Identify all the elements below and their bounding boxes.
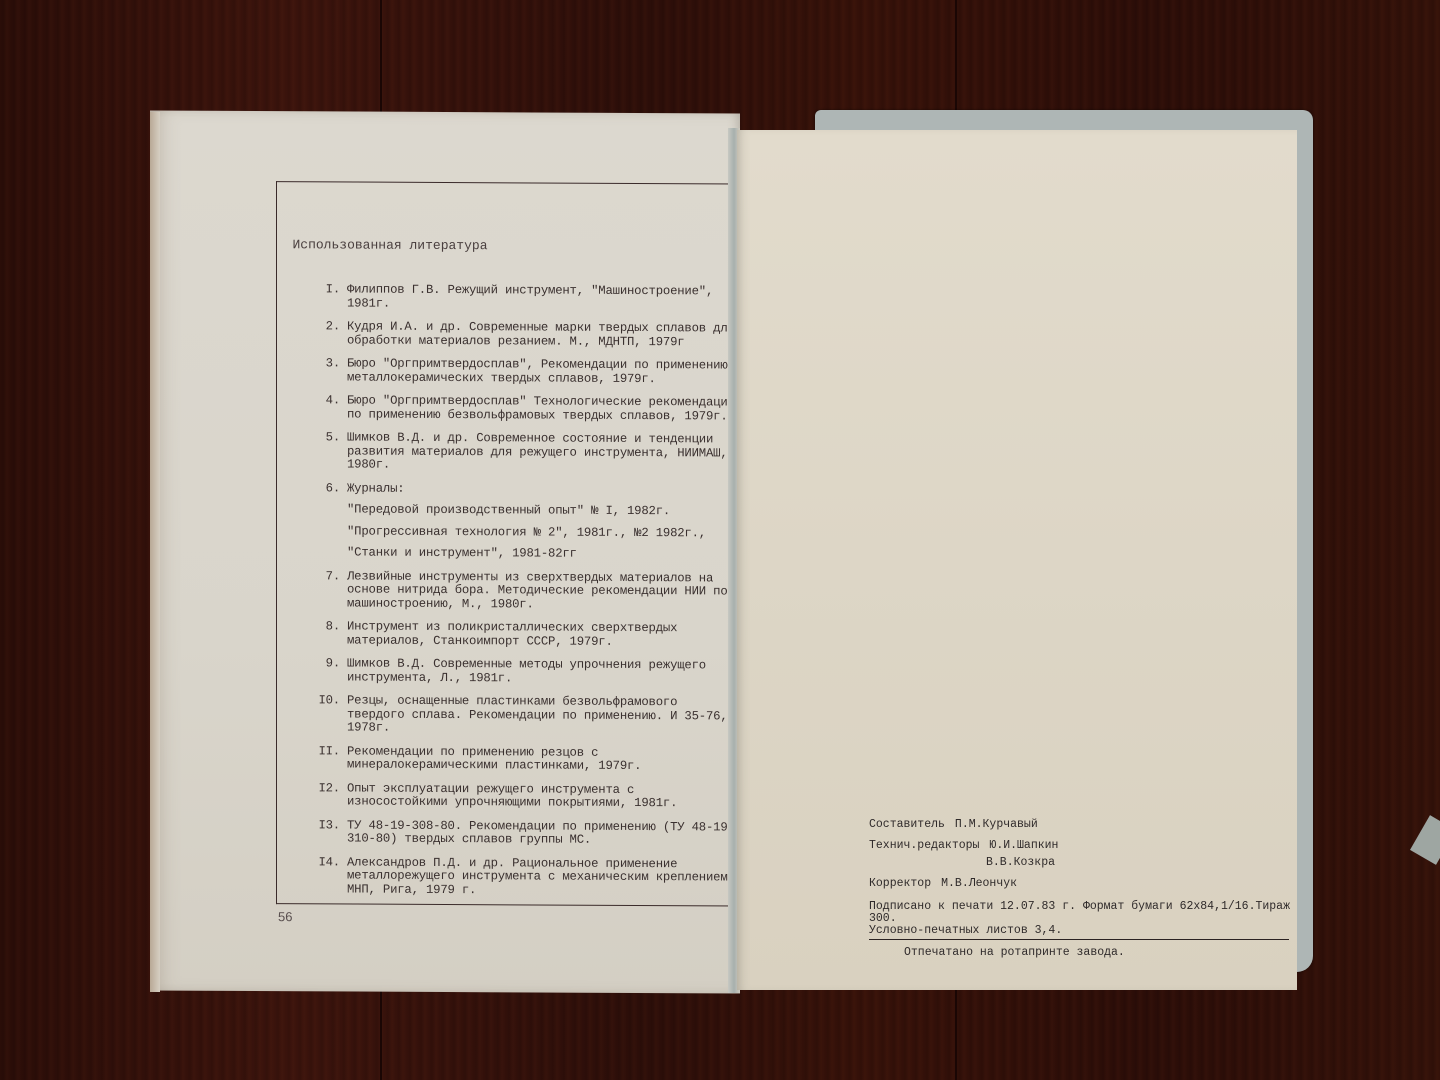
tech-editors-row: Технич.редакторы Ю.И.Шапкин <box>869 839 1299 853</box>
reference-text: Резцы, оснащенные пластинками безвольфра… <box>347 693 728 734</box>
colophon: Составитель П.М.Курчавый Технич.редактор… <box>869 818 1299 960</box>
reference-item: 2.Кудря И.А. и др. Современные марки тве… <box>320 320 740 349</box>
page-number: 56 <box>278 909 292 924</box>
journal-entry: "Передовой производственный опыт" № I, 1… <box>347 503 740 519</box>
left-page: Использованная литература I.Филиппов Г.В… <box>150 110 740 993</box>
references-heading: Использованная литература <box>270 237 510 253</box>
reference-number: I. <box>316 283 340 297</box>
proofreader-name: М.В.Леончук <box>941 877 1017 891</box>
reference-text: Бюро "Оргпримтвердосплав", Рекомендации … <box>347 356 728 385</box>
reference-number: I4. <box>316 856 340 870</box>
reference-text: Рекомендации по применению резцов с мине… <box>347 744 641 773</box>
reference-item: 6.Журналы:"Передовой производственный оп… <box>320 482 740 562</box>
reference-text: Опыт эксплуатации режущего инструмента с… <box>347 781 677 810</box>
reference-item: 5.Шимков В.Д. и др. Современное состояни… <box>320 431 740 474</box>
right-page: Составитель П.М.Курчавый Технич.редактор… <box>737 130 1297 990</box>
printed-by: Отпечатано на ротапринте завода. <box>869 946 1299 960</box>
reference-item: 3.Бюро "Оргпримтвердосплав", Рекомендаци… <box>320 357 740 386</box>
tech-editor-2: В.В.Козкра <box>986 856 1055 870</box>
reference-item: I4.Александров П.Д. и др. Рациональное п… <box>320 856 740 899</box>
reference-item: I2.Опыт эксплуатации режущего инструмент… <box>320 782 740 811</box>
signed-date: Подписано к печати 12.07.83 г. <box>869 900 1076 913</box>
reference-number: 6. <box>316 482 340 496</box>
reference-item: II.Рекомендации по применению резцов с м… <box>320 745 740 774</box>
compiler-row: Составитель П.М.Курчавый <box>869 818 1299 832</box>
reference-text: Шимков В.Д. и др. Современное состояние … <box>347 430 728 471</box>
reference-item: I.Филиппов Г.В. Режущий инструмент, "Маш… <box>320 283 740 312</box>
print-signed-line: Подписано к печати 12.07.83 г. Формат бу… <box>869 901 1299 925</box>
tech-editor-1: Ю.И.Шапкин <box>989 839 1058 853</box>
reference-text: Журналы: <box>347 481 404 495</box>
divider-rule <box>869 939 1289 940</box>
reference-item: I0.Резцы, оснащенные пластинками безволь… <box>320 694 740 737</box>
journal-entry: "Станки и инструмент", 1981-82гг <box>347 546 740 562</box>
reference-number: 7. <box>316 570 340 584</box>
reference-number: I0. <box>316 694 340 708</box>
reference-list: I.Филиппов Г.В. Режущий инструмент, "Маш… <box>320 283 740 908</box>
proofreader-label: Корректор <box>869 877 931 891</box>
tech-editor-2-row: В.В.Козкра <box>869 856 1299 870</box>
reference-text: Филиппов Г.В. Режущий инструмент, "Машин… <box>347 282 713 310</box>
reference-text: Инструмент из поликристаллических сверхт… <box>347 619 677 648</box>
reference-number: I2. <box>316 782 340 796</box>
reference-item: 9.Шимков В.Д. Современные методы упрочне… <box>320 657 740 686</box>
reference-item: 4.Бюро "Оргпримтвердосплав" Технологичес… <box>320 394 740 423</box>
compiler-name: П.М.Курчавый <box>955 818 1038 832</box>
journal-entry: "Прогрессивная технология № 2", 1981г., … <box>347 525 740 541</box>
reference-text: Кудря И.А. и др. Современные марки тверд… <box>347 319 735 348</box>
page-edge <box>150 112 160 992</box>
reference-number: 2. <box>316 320 340 334</box>
reference-number: 5. <box>316 431 340 445</box>
reference-number: I3. <box>316 819 340 833</box>
reference-number: 9. <box>316 657 340 671</box>
proofreader-row: Корректор М.В.Леончук <box>869 877 1299 891</box>
reference-text: Шимков В.Д. Современные методы упрочнени… <box>347 656 706 684</box>
reference-text: Александров П.Д. и др. Рациональное прим… <box>347 855 728 897</box>
reference-item: 7.Лезвийные инструменты из сверхтвердых … <box>320 570 740 613</box>
reference-text: Бюро "Оргпримтвердосплав" Технологически… <box>347 393 735 422</box>
tech-editors-label: Технич.редакторы <box>869 839 979 853</box>
reference-text: ТУ 48-19-308-80. Рекомендации по примене… <box>347 818 735 847</box>
compiler-label: Составитель <box>869 818 945 832</box>
reference-number: 3. <box>316 357 340 371</box>
reference-text: Лезвийные инструменты из сверхтвердых ма… <box>347 569 728 611</box>
print-sheets-line: Условно-печатных листов 3,4. <box>869 925 1299 937</box>
print-info: Подписано к печати 12.07.83 г. Формат бу… <box>869 901 1299 937</box>
reference-number: 8. <box>316 620 340 634</box>
reference-number: 4. <box>316 394 340 408</box>
reference-number: II. <box>316 745 340 759</box>
reference-item: I3.ТУ 48-19-308-80. Рекомендации по прим… <box>320 819 740 848</box>
reference-item: 8.Инструмент из поликристаллических свер… <box>320 620 740 649</box>
